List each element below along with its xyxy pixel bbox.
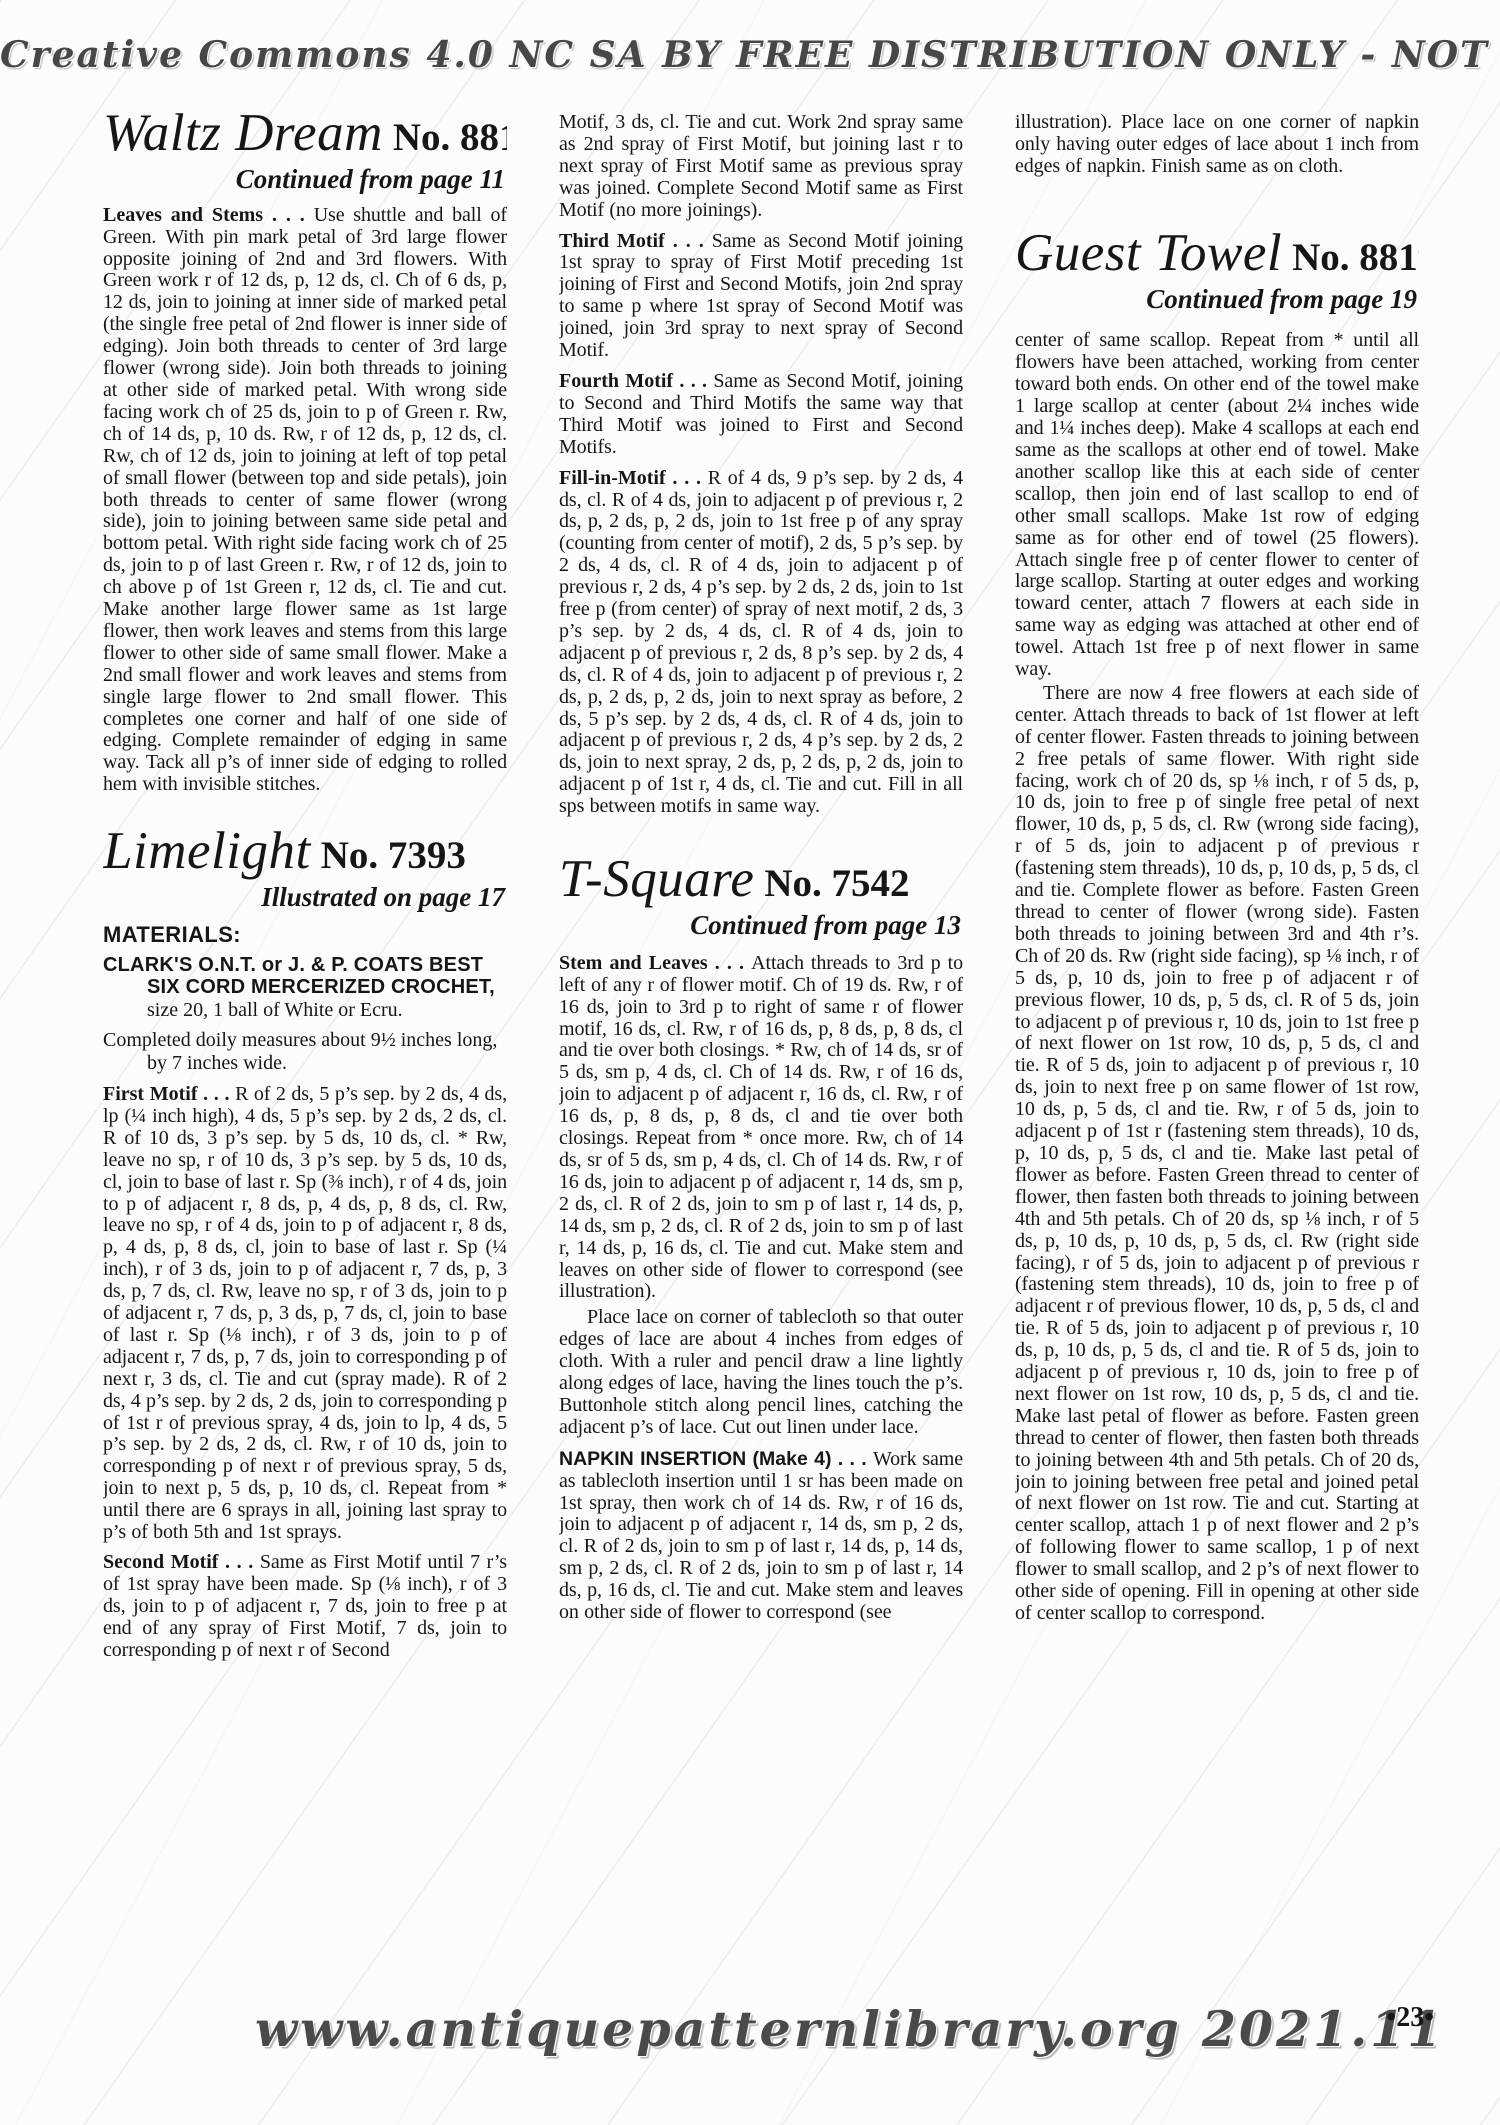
scanned-pattern-page: Creative Commons 4.0 NC SA BY FREE DISTR… [0,0,1500,2125]
materials-heading: MATERIALS: [103,922,507,948]
t-square-stem-and-leaves: Stem and Leaves . . . Attach threads to … [559,953,963,1304]
napkin-insertion-lead: NAPKIN INSERTION (Make 4) . . . [559,1448,873,1470]
limelight-title-number: No. 7393 [321,834,466,877]
page-number: •23• [1386,2002,1434,2034]
napkin-finish: illustration). Place lace on one corner … [1015,112,1419,178]
limelight-illustrated: Illustrated on page 17 [103,883,505,913]
guest-towel-free-flowers: There are now 4 free flowers at each sid… [1015,683,1419,1625]
limelight-first-motif: First Motif . . . R of 2 ds, 5 p’s sep. … [103,1084,507,1544]
waltz-dream-title-number: No. 8816 [393,116,507,159]
t-square-title-script: T-Square [559,850,754,908]
limelight-fill-in-motif: Fill-in-Motif . . . R of 4 ds, 9 p’s sep… [559,468,963,819]
materials-thread: CLARK'S O.N.T. or J. & P. COATS BEST SIX… [103,954,507,1021]
footer-url: www.antiquepatternlibrary.org 2021.11 [255,2000,1255,2058]
column-2: Motif, 3 ds, cl. Tie and cut. Work 2nd s… [559,100,963,2000]
guest-towel-title-script: Guest Towel [1015,224,1282,282]
limelight-title-script: Limelight [103,822,311,880]
t-square-placement: Place lace on corner of tablecloth so th… [559,1307,963,1438]
limelight-second-motif: Second Motif . . . Same as First Motif u… [103,1552,507,1662]
guest-towel-continued: Continued from page 19 [1015,285,1417,315]
t-square-continued: Continued from page 13 [559,911,961,941]
limelight-fourth-motif: Fourth Motif . . . Same as Second Motif,… [559,371,963,459]
guest-towel-title-number: No. 8819 [1292,236,1419,279]
column-1: Waltz DreamNo. 8816Continued from page 1… [103,100,507,2000]
doily-size: Completed doily measures about 9½ inches… [103,1029,507,1074]
limelight-fourth-motif-lead: Fourth Motif . . . [559,370,713,392]
materials-thread-bold: CLARK'S O.N.T. or J. & P. COATS BEST SIX… [103,954,495,998]
waltz-leaves-and-stems: Leaves and Stems . . . Use shuttle and b… [103,205,507,796]
t-square-title-number: No. 7542 [764,862,909,905]
waltz-dream-title-script: Waltz Dream [103,104,383,162]
second-motif-continuation: Motif, 3 ds, cl. Tie and cut. Work 2nd s… [559,112,963,222]
limelight-first-motif-lead: First Motif . . . [103,1083,235,1105]
limelight-second-motif-lead: Second Motif . . . [103,1551,260,1573]
guest-towel-title: Guest TowelNo. 8819 [1015,226,1419,280]
limelight-third-motif-lead: Third Motif . . . [559,230,712,252]
limelight-third-motif: Third Motif . . . Same as Second Motif j… [559,231,963,362]
waltz-dream-title: Waltz DreamNo. 8816 [103,106,507,160]
limelight-title: LimelightNo. 7393 [103,824,507,878]
t-square-title: T-SquareNo. 7542 [559,852,963,906]
limelight-fill-in-motif-lead: Fill-in-Motif . . . [559,467,708,489]
text-columns: Waltz DreamNo. 8816Continued from page 1… [103,100,1419,2000]
waltz-leaves-and-stems-lead: Leaves and Stems . . . [103,204,314,226]
license-banner: Creative Commons 4.0 NC SA BY FREE DISTR… [0,34,1500,76]
napkin-insertion: NAPKIN INSERTION (Make 4) . . . Work sam… [559,1449,963,1624]
column-3: illustration). Place lace on one corner … [1015,100,1419,2000]
waltz-dream-continued: Continued from page 11 [103,165,505,195]
guest-towel-scallops: center of same scallop. Repeat from * un… [1015,330,1419,681]
t-square-stem-and-leaves-lead: Stem and Leaves . . . [559,952,751,974]
